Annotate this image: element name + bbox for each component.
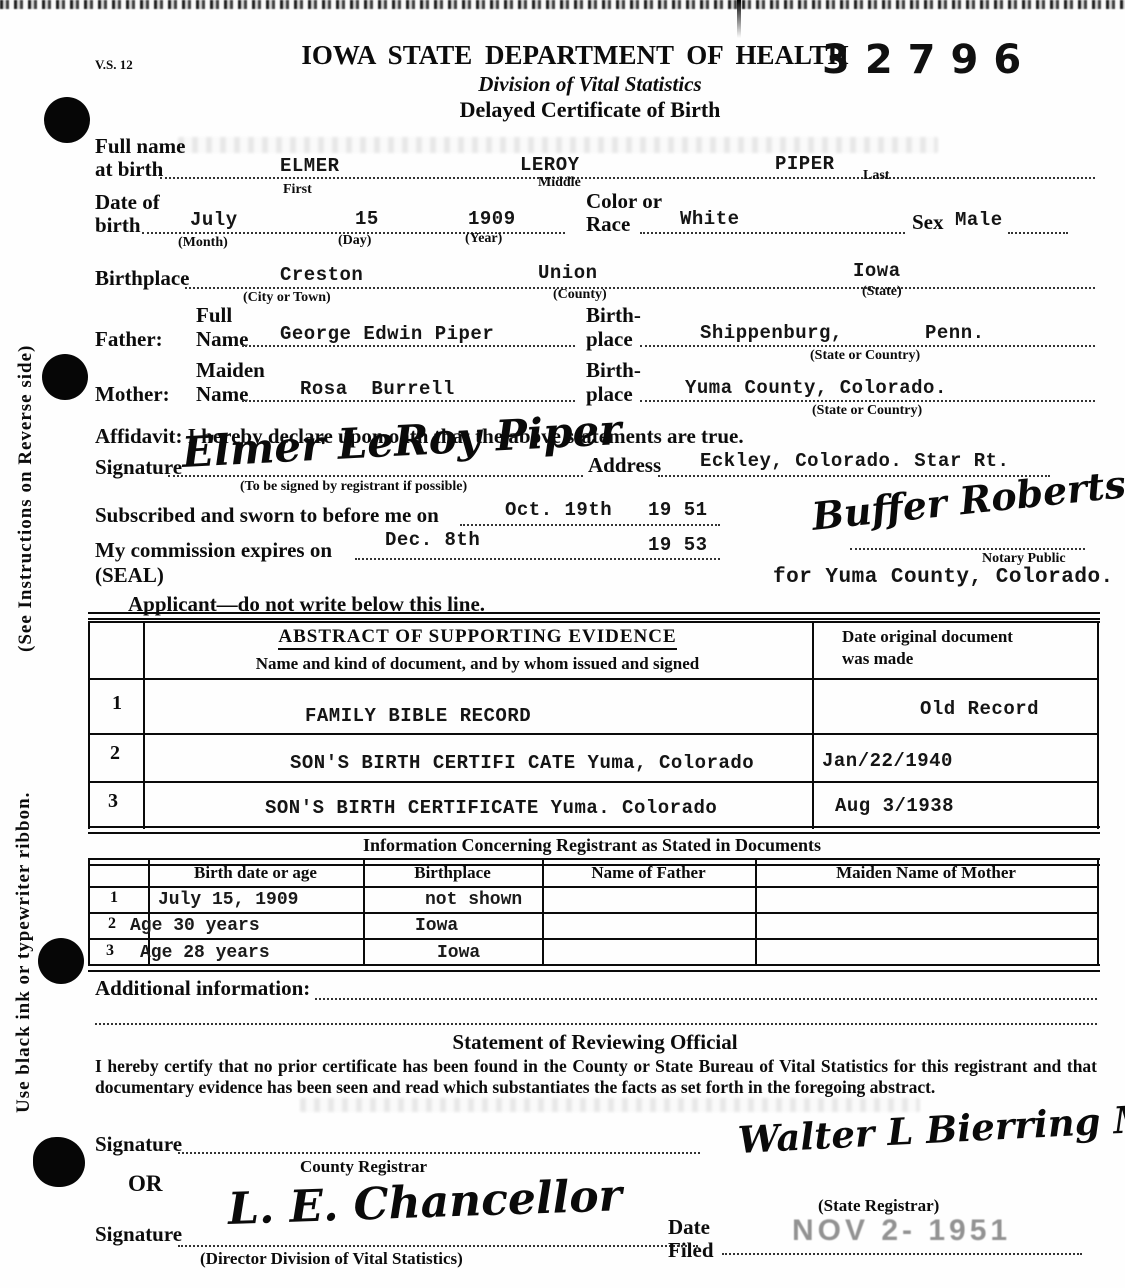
hole-punch	[44, 97, 90, 143]
notary-county-value: for Yuma County, Colorado.	[773, 567, 1114, 588]
full-name-label-line1: Full name	[95, 134, 185, 158]
date-made-header-line2: was made	[842, 650, 913, 667]
scan-smudge	[178, 137, 938, 153]
info-table-bottom-rule	[88, 964, 1100, 972]
birthplace-label: Birthplace	[95, 266, 190, 290]
hole-punch	[38, 938, 84, 984]
birth-year-value: 1909	[468, 210, 516, 229]
first-name-value: ELMER	[280, 157, 340, 176]
middle-label: Middle	[538, 176, 581, 190]
director-label: (Director Division of Vital Statistics)	[200, 1250, 463, 1267]
mother-birthplace-line	[640, 400, 1095, 402]
abstract-row-document: FAMILY BIBLE RECORD	[305, 707, 531, 726]
month-label: (Month)	[178, 236, 228, 250]
signature-note: (To be signed by registrant if possible)	[240, 480, 467, 494]
abstract-table-subtitle: Name and kind of document, and by whom i…	[150, 655, 805, 672]
table-top-rule	[88, 621, 1100, 623]
additional-info-line2	[95, 1023, 1097, 1025]
mother-label: Mother:	[95, 382, 170, 406]
full-name-line	[160, 177, 1095, 179]
city-label: (City or Town)	[243, 291, 331, 305]
date-filed-line	[722, 1253, 1082, 1255]
sworn-line	[460, 524, 720, 526]
race-value: White	[680, 210, 740, 229]
father-birthplace-state-value: Penn.	[925, 324, 985, 343]
state-registrar-label: (State Registrar)	[818, 1197, 939, 1214]
day-label: (Day)	[338, 234, 371, 248]
abstract-table-date-divider	[812, 621, 814, 829]
date-filed-label-line2: Filed	[668, 1238, 714, 1262]
abstract-table-border-left	[88, 621, 90, 829]
commission-label: My commission expires on	[95, 538, 332, 562]
full-name-label-line2: at birth	[95, 157, 163, 181]
notary-line	[850, 548, 1085, 550]
county-signature-line	[178, 1152, 700, 1154]
or-label: OR	[128, 1172, 163, 1195]
date-filed-label-line1: Date	[668, 1215, 710, 1239]
abstract-row2-rule	[88, 781, 1097, 783]
mother-name-line	[242, 400, 575, 402]
signature-label-county: Signature	[95, 1132, 182, 1156]
birth-month-value: July	[190, 211, 238, 230]
birthplace-city-value: Creston	[280, 266, 363, 285]
scan-streak	[737, 0, 741, 38]
subtitle: Division of Vital Statistics	[380, 74, 800, 95]
info-header-birthplace: Birthplace	[363, 864, 542, 881]
county-registrar-label: County Registrar	[300, 1158, 427, 1175]
sworn-year-value: 19 51	[648, 501, 708, 520]
director-signature: L. E. Chancellor	[227, 1174, 622, 1232]
commission-year-value: 19 53	[648, 536, 708, 555]
mother-name-label: Name	[196, 382, 248, 406]
commission-date-value: Dec. 8th	[385, 531, 480, 550]
page-title: IOWA STATE DEPARTMENT OF HEALTH	[290, 42, 860, 69]
race-label-line1: Color or	[586, 189, 662, 213]
hole-punch	[42, 354, 88, 400]
director-signature-line	[178, 1245, 698, 1247]
abstract-header-rule	[88, 678, 1097, 680]
info-header-father: Name of Father	[542, 864, 755, 881]
info-header-mother: Maiden Name of Mother	[755, 864, 1097, 881]
info-table-title: Information Concerning Registrant as Sta…	[88, 836, 1096, 854]
document-title: Delayed Certificate of Birth	[380, 99, 800, 121]
additional-info-label: Additional information:	[95, 976, 310, 1000]
info-row-place: not shown	[425, 891, 522, 909]
sex-value: Male	[955, 211, 1003, 230]
additional-info-line1	[315, 998, 1097, 1000]
father-name-value: George Edwin Piper	[280, 325, 494, 344]
serial-number-stamp: 32796	[822, 40, 1036, 80]
date-of-birth-label-line1: Date of	[95, 190, 160, 214]
margin-note-instructions: (See Instructions on Reverse side)	[16, 282, 35, 652]
mother-birthplace-label-line2: place	[586, 382, 633, 406]
father-birthplace-label-line1: Birth-	[586, 303, 641, 327]
abstract-table-title: ABSTRACT OF SUPPORTING EVIDENCE	[150, 627, 805, 650]
scan-edge-noise	[0, 0, 1125, 9]
signature-line	[168, 475, 583, 477]
abstract-row-date: Jan/22/1940	[822, 752, 953, 771]
info-header-rule	[88, 886, 1097, 888]
middle-name-value: LEROY	[520, 156, 580, 175]
signature-label-director: Signature	[95, 1222, 182, 1246]
address-label: Address	[588, 453, 661, 477]
info-row-place: Iowa	[415, 917, 458, 935]
father-birthplace-line	[640, 345, 1095, 347]
info-header-birth: Birth date or age	[148, 864, 363, 881]
abstract-title-text: ABSTRACT OF SUPPORTING EVIDENCE	[278, 627, 676, 650]
info-row-number: 2	[108, 916, 116, 932]
date-filed-stamp: NOV 2- 1951	[792, 1216, 1011, 1246]
last-label: Last	[863, 169, 889, 183]
mother-state-country-label: (State or Country)	[812, 404, 922, 418]
father-full-label: Full	[196, 303, 232, 327]
state-label: (State)	[862, 285, 902, 299]
scan-smudge	[300, 1098, 920, 1112]
address-value: Eckley, Colorado. Star Rt.	[700, 452, 1009, 471]
info-row-birth: Age 30 years	[130, 917, 260, 935]
father-label: Father:	[95, 327, 163, 351]
race-label-line2: Race	[586, 212, 630, 236]
race-line	[640, 232, 905, 234]
mother-maiden-label: Maiden	[196, 358, 265, 382]
mother-birthplace-value: Yuma County, Colorado.	[685, 379, 947, 398]
abstract-row-number: 3	[108, 790, 118, 813]
divider-double-rule	[88, 612, 1100, 620]
birthplace-line	[185, 287, 1095, 289]
info-row1-rule	[88, 912, 1097, 914]
registrant-signature: Elmer LeRoy Piper	[181, 409, 622, 474]
sex-label: Sex	[912, 210, 944, 234]
abstract-table-number-divider	[143, 621, 145, 829]
info-row-birth: July 15, 1909	[158, 891, 298, 909]
father-birthplace-value: Shippenburg,	[700, 324, 843, 343]
margin-note-ink: Use black ink or typewriter ribbon.	[14, 763, 33, 1113]
commission-line	[355, 558, 720, 560]
birthplace-county-value: Union	[538, 264, 598, 283]
sworn-date-value: Oct. 19th	[505, 501, 612, 520]
statement-title: Statement of Reviewing Official	[95, 1032, 1095, 1053]
abstract-row-number: 2	[110, 742, 120, 765]
birth-day-value: 15	[355, 210, 379, 229]
father-state-country-label: (State or Country)	[810, 349, 920, 363]
info-row-place: Iowa	[437, 944, 480, 962]
info-row2-rule	[88, 938, 1097, 940]
info-row-number: 1	[110, 890, 118, 906]
notary-public-label: Notary Public	[982, 552, 1066, 566]
hole-punch	[33, 1137, 85, 1187]
abstract-table-bottom-rule	[88, 826, 1100, 834]
mother-birthplace-label-line1: Birth-	[586, 358, 641, 382]
info-row-birth: Age 28 years	[140, 944, 270, 962]
form-number: V.S. 12	[95, 58, 133, 71]
abstract-row-document: SON'S BIRTH CERTIFI CATE Yuma, Colorado	[290, 754, 754, 773]
abstract-table-border-right	[1097, 621, 1099, 829]
father-birthplace-label-line2: place	[586, 327, 633, 351]
birthplace-state-value: Iowa	[853, 262, 901, 281]
year-label: (Year)	[465, 232, 502, 246]
first-label: First	[283, 183, 312, 197]
sex-line	[1008, 232, 1068, 234]
sworn-label: Subscribed and sworn to before me on	[95, 503, 439, 527]
seal-label: (SEAL)	[95, 563, 164, 587]
mother-name-value: Rosa Burrell	[300, 380, 455, 399]
info-table-border-right	[1097, 860, 1099, 966]
date-made-header-line1: Date original document	[842, 628, 1013, 645]
abstract-row-number: 1	[112, 692, 122, 715]
county-label: (County)	[553, 288, 607, 302]
statement-body: I hereby certify that no prior certifica…	[95, 1056, 1097, 1099]
abstract-row1-rule	[88, 733, 1097, 735]
abstract-row-document: SON'S BIRTH CERTIFICATE Yuma. Colorado	[265, 799, 717, 818]
abstract-row-date: Aug 3/1938	[835, 797, 954, 816]
father-name-line	[242, 345, 575, 347]
date-of-birth-label-line2: birth	[95, 213, 141, 237]
last-name-value: PIPER	[775, 155, 835, 174]
info-row-number: 3	[106, 943, 114, 959]
delayed-birth-certificate: (See Instructions on Reverse side) Use b…	[0, 0, 1125, 1288]
abstract-row-date: Old Record	[920, 700, 1039, 719]
father-name-label: Name	[196, 327, 248, 351]
